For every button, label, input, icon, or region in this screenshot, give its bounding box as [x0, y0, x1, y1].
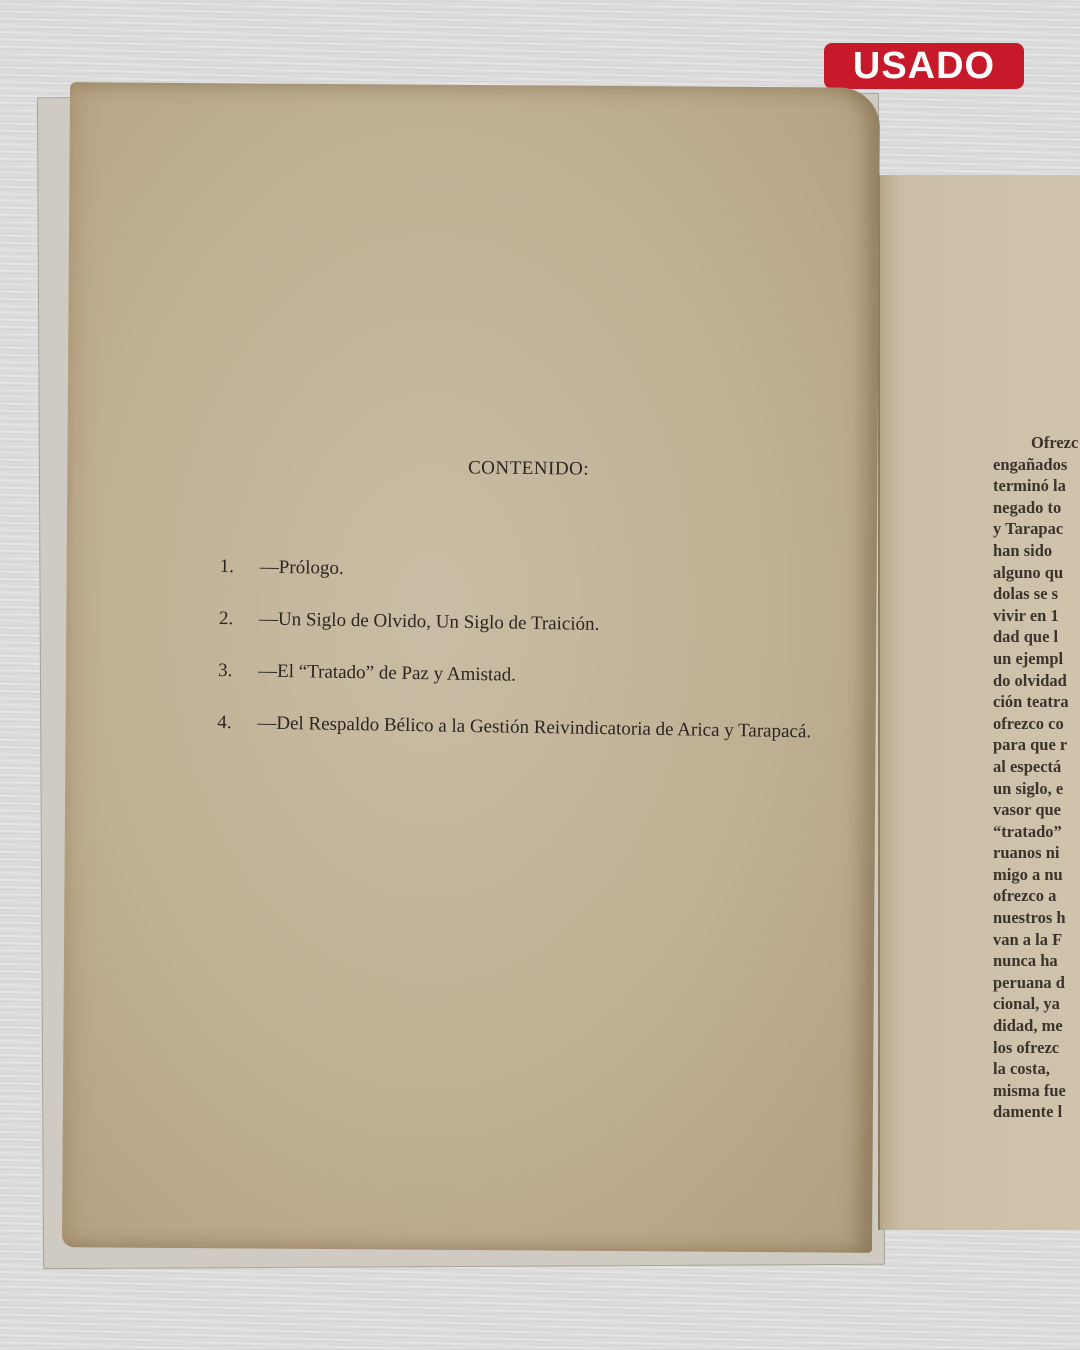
right-page-text-line: un ejempl [993, 648, 1080, 670]
right-page-text-line: do olvidad [993, 670, 1080, 692]
right-page-text-line: terminó la [993, 475, 1080, 497]
right-page-text-line: y Tarapac [993, 518, 1080, 540]
toc-item-text: —Del Respaldo Bélico a la Gestión Reivin… [257, 709, 817, 748]
right-page-text-line: peruana d [993, 972, 1080, 994]
right-page-text-line: ción teatra [993, 691, 1080, 713]
right-page-text-line: negado to [993, 497, 1080, 519]
right-page-text-line: van a la F [993, 929, 1080, 951]
right-page-text-line: Ofrezc [993, 432, 1080, 454]
table-of-contents-list: 1. —Prólogo. 2. —Un Siglo de Olvido, Un … [217, 552, 820, 769]
toc-item-text: —El “Tratado” de Paz y Amistad. [258, 657, 818, 696]
right-page-body-text: Ofrezcengañadosterminó lanegado toy Tara… [993, 432, 1080, 1123]
toc-item: 3. —El “Tratado” de Paz y Amistad. [218, 656, 818, 695]
toc-item-number: 1. [220, 552, 260, 583]
toc-item-number: 3. [218, 656, 258, 687]
toc-item-text: —Un Siglo de Olvido, Un Siglo de Traició… [259, 605, 819, 644]
right-page-text-line: dolas se s [993, 583, 1080, 605]
right-page-text-line: didad, me [993, 1015, 1080, 1037]
right-page-text-line: un siglo, e [993, 778, 1080, 800]
right-page-text-line: ruanos ni [993, 842, 1080, 864]
right-page-text-line: los ofrezc [993, 1037, 1080, 1059]
toc-item: 4. —Del Respaldo Bélico a la Gestión Rei… [217, 708, 817, 747]
right-page-text-line: nunca ha [993, 950, 1080, 972]
right-page-text-line: dad que l [993, 626, 1080, 648]
right-page-text-line: engañados [993, 454, 1080, 476]
table-of-contents-title: CONTENIDO: [468, 457, 589, 480]
right-page-text-line: han sido [993, 540, 1080, 562]
right-page-text-line: para que r [993, 734, 1080, 756]
right-page-text-line: la costa, [993, 1058, 1080, 1080]
right-page-text-line: ofrezco co [993, 713, 1080, 735]
right-page-text-line: vasor que [993, 799, 1080, 821]
toc-item-number: 4. [217, 708, 257, 739]
right-page-text-line: cional, ya [993, 993, 1080, 1015]
right-page-text-line: nuestros h [993, 907, 1080, 929]
toc-item-number: 2. [219, 604, 259, 635]
toc-item: 2. —Un Siglo de Olvido, Un Siglo de Trai… [219, 604, 819, 643]
right-page-text-line: damente l [993, 1101, 1080, 1123]
right-page-text-line: misma fue [993, 1080, 1080, 1102]
right-page-text-line: “tratado” [993, 821, 1080, 843]
right-page-text-line: migo a nu [993, 864, 1080, 886]
right-page-text-line: vivir en 1 [993, 605, 1080, 627]
right-page-text-line: al espectá [993, 756, 1080, 778]
used-condition-badge: USADO [824, 43, 1024, 89]
right-page-text-line: ofrezco a [993, 885, 1080, 907]
right-page-text-line: alguno qu [993, 562, 1080, 584]
